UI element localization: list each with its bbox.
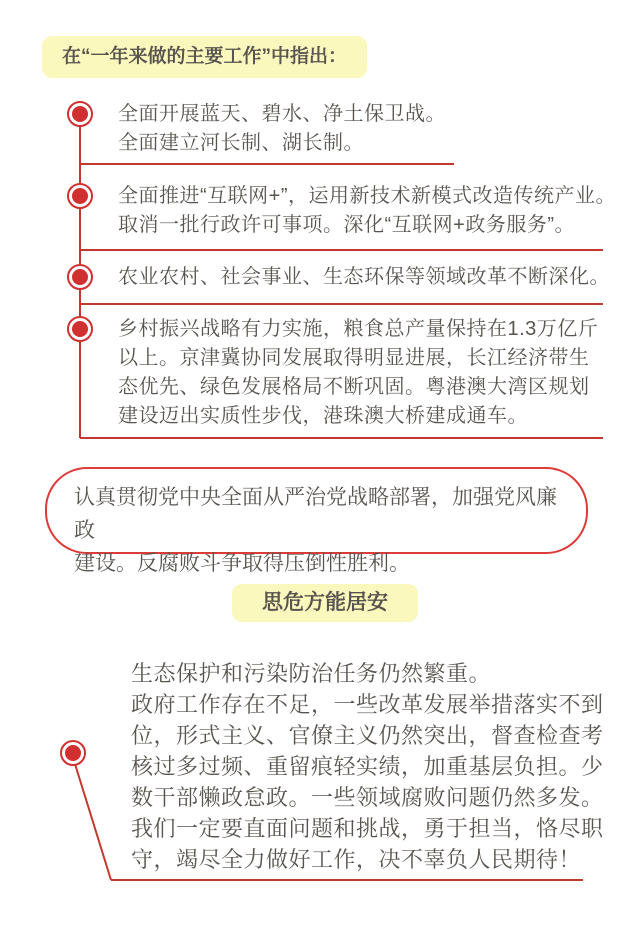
bullet-icon bbox=[67, 101, 93, 127]
bullet-icon bbox=[60, 740, 86, 766]
bullet-dot-icon bbox=[72, 321, 88, 337]
party-discipline-box: 认真贯彻党中央全面从严治党战略部署，加强党风廉政 建设。反腐败斗争取得压倒性胜利… bbox=[45, 467, 588, 554]
work-item-internet-plus: 全面推进“互联网+”，运用新技术新模式改造传统产业。 取消一批行政许可事项。深化… bbox=[118, 182, 630, 240]
work-item-rural-revitalization: 乡村振兴战略有力实施，粮食总产量保持在1.3万亿斤 以上。京津冀协同发展取得明显… bbox=[118, 315, 630, 431]
section-header-main-work: 在“一年来做的主要工作”中指出： bbox=[42, 36, 367, 78]
work-item-reform: 农业农村、社会事业、生态环保等领域改革不断深化。 bbox=[118, 263, 630, 292]
work-item-environment: 全面开展蓝天、碧水、净土保卫战。 全面建立河长制、湖长制。 bbox=[118, 100, 630, 158]
bullet-icon bbox=[67, 183, 93, 209]
section-header-risk: 思危方能居安 bbox=[232, 584, 418, 622]
closing-diagonal-line bbox=[75, 764, 111, 880]
infographic-page: 在“一年来做的主要工作”中指出： 全面开展蓝天、碧水、净土保卫战。 全面建立河长… bbox=[0, 0, 640, 933]
bullet-icon bbox=[67, 264, 93, 290]
bullet-dot-icon bbox=[72, 269, 88, 285]
party-discipline-text: 认真贯彻党中央全面从严治党战略部署，加强党风廉政 建设。反腐败斗争取得压倒性胜利… bbox=[74, 481, 574, 580]
bullet-dot-icon bbox=[72, 188, 88, 204]
bullet-icon bbox=[67, 316, 93, 342]
closing-paragraph: 生态保护和污染防治任务仍然繁重。 政府工作存在不足，一些改革发展举措落实不到 位… bbox=[131, 658, 636, 875]
bullet-dot-icon bbox=[65, 745, 81, 761]
bullet-dot-icon bbox=[72, 106, 88, 122]
